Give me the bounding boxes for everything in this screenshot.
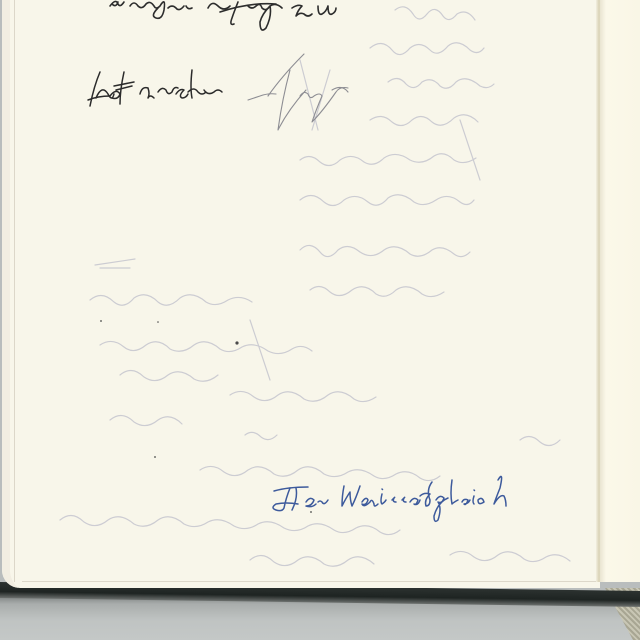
blue-ink-signature <box>273 476 506 521</box>
notebook-scan: ... ist ... zu Hug zu hat auch er Hug De… <box>0 0 640 640</box>
pencil-handwriting-line-1 <box>110 1 336 30</box>
paper-specks <box>100 320 312 513</box>
pencil-handwriting-line-2 <box>88 70 222 106</box>
pencil-handwriting-faint <box>248 54 348 130</box>
show-through-writing <box>60 7 570 566</box>
handwriting-layer <box>0 0 640 640</box>
